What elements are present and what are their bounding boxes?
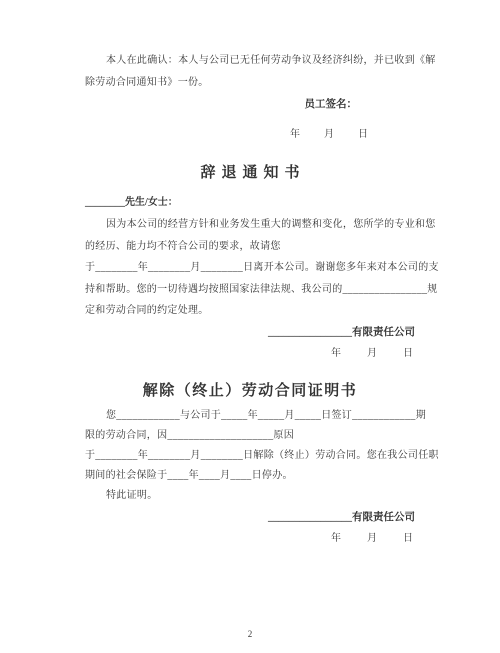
company-signature-line: ________________有限责任公司	[85, 322, 415, 344]
text-line: 您____________与公司于_____年_____月_____日签订___…	[85, 406, 415, 426]
year-label: 年	[290, 124, 300, 146]
day-label: 日	[403, 343, 413, 365]
date-line: 年 月 日	[85, 528, 415, 550]
day-label: 日	[358, 124, 368, 146]
month-label: 月	[367, 343, 377, 365]
text-line: 限的劳动合同，因____________________原因	[85, 426, 415, 446]
dismissal-notice-title: 辞退通知书	[85, 162, 415, 184]
termination-certificate-title: 解除（终止）劳动合同证明书	[85, 380, 415, 402]
text-line: 定和劳动合同的约定处理。	[85, 300, 415, 322]
text-line: 因为本公司的经营方针和业务发生重大的调整和变化，您所学的专业和您	[85, 214, 415, 236]
dismissal-notice-section: 辞退通知书 ________先生/女士： 因为本公司的经营方针和业务发生重大的调…	[85, 162, 415, 365]
day-label: 日	[403, 528, 413, 550]
year-label: 年	[331, 343, 341, 365]
salutation-line: ________先生/女士：	[85, 192, 415, 214]
confirmation-paragraph: 本人在此确认：本人与公司已无任何劳动争议及经济纠纷，并已收到《解 除劳动合同通知…	[85, 50, 415, 94]
page-number: 2	[0, 629, 500, 639]
confirmation-section: 本人在此确认：本人与公司已无任何劳动争议及经济纠纷，并已收到《解 除劳动合同通知…	[85, 50, 415, 146]
termination-certificate-body: 您____________与公司于_____年_____月_____日签订___…	[85, 406, 415, 506]
month-label: 月	[324, 124, 334, 146]
document-page: 本人在此确认：本人与公司已无任何劳动争议及经济纠纷，并已收到《解 除劳动合同通知…	[0, 0, 500, 653]
text-line: 于________年________月________日离开本公司。谢谢您多年来…	[85, 257, 415, 279]
dismissal-notice-body: 因为本公司的经营方针和业务发生重大的调整和变化，您所学的专业和您 的经历、能力均…	[85, 214, 415, 322]
date-line: 年 月 日	[85, 124, 415, 146]
text-line: 除劳动合同通知书》一份。	[85, 72, 415, 94]
month-label: 月	[367, 528, 377, 550]
year-label: 年	[331, 528, 341, 550]
date-line: 年 月 日	[85, 343, 415, 365]
text-line: 期间的社会保险于____年____月____日停办。	[85, 466, 415, 486]
text-line: 于________年________月________日解除（终止）劳动合同。您…	[85, 446, 415, 466]
text-line: 持和帮助。您的一切待遇均按照国家法律法规、我公司的_______________…	[85, 279, 415, 301]
text-line: 本人在此确认：本人与公司已无任何劳动争议及经济纠纷，并已收到《解	[85, 50, 415, 72]
closing-line: 特此证明。	[85, 486, 415, 506]
company-signature-line: ________________有限责任公司	[85, 506, 415, 528]
termination-certificate-section: 解除（终止）劳动合同证明书 您____________与公司于_____年___…	[85, 380, 415, 550]
employee-signature-label: 员工签名：	[85, 94, 415, 116]
text-line: 的经历、能力均不符合公司的要求，故请您	[85, 236, 415, 258]
